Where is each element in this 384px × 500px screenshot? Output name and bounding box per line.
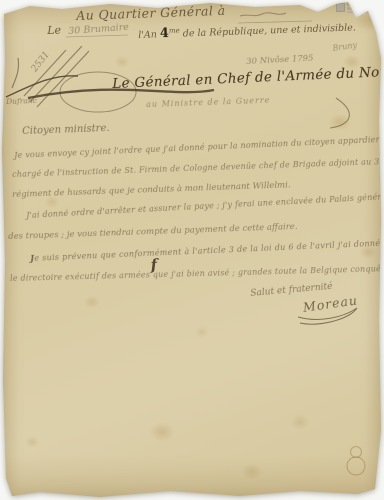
watermark-square [336, 3, 345, 12]
letterhead-republic: de la République, une et indivisible. [183, 22, 356, 39]
embossed-stamp-icon [347, 447, 365, 476]
body-line: chargé de l'instruction de St. Firmin de… [12, 157, 384, 179]
body-line: Je suis prévenu que conformément à l'art… [30, 238, 381, 263]
watermark-logo-icon [336, 3, 372, 13]
body-line: Je vous envoye cy joint l'ordre que j'ai… [14, 135, 380, 160]
handwritten-date: 30 Nivôse 1795 [246, 53, 314, 67]
an-ordinal: me [169, 27, 180, 35]
letterhead-le: Le [47, 24, 61, 37]
letter-photo: Au Quartier Général à Le 30 Brumaire l'A… [0, 0, 384, 500]
registry-number: 2531 [30, 50, 52, 74]
insertion-caret-mark: f [150, 256, 158, 274]
signature: Moreau [302, 292, 359, 315]
handwritten-day: 30 Brumaire [68, 22, 129, 37]
addressee-line: au Ministre de la Guerre [146, 96, 271, 109]
margin-docket-name: Dufranc [6, 96, 37, 106]
letterhead-an-line: l'An 4me de la République, une et indivi… [138, 19, 356, 42]
body-line: le directoire exécutif des armées que j'… [10, 264, 384, 283]
letterhead-title: Le Général en Chef de l'Armée du Nord [112, 64, 384, 92]
letterhead-line1: Au Quartier Général à [76, 3, 226, 23]
paper-shadow: Au Quartier Général à Le 30 Brumaire l'A… [0, 0, 384, 500]
watermark-text-blocks [347, 3, 372, 13]
aged-paper-sheet: Au Quartier Général à Le 30 Brumaire l'A… [0, 0, 384, 500]
body-line: régiment de hussards que je conduits à m… [12, 180, 291, 200]
salutation: Citoyen ministre. [22, 123, 110, 137]
letterhead-an: l'An [138, 29, 157, 41]
side-scribble: Bruny [332, 41, 358, 53]
body-line: des troupes ; je vous tiendrai compte du… [8, 222, 298, 242]
